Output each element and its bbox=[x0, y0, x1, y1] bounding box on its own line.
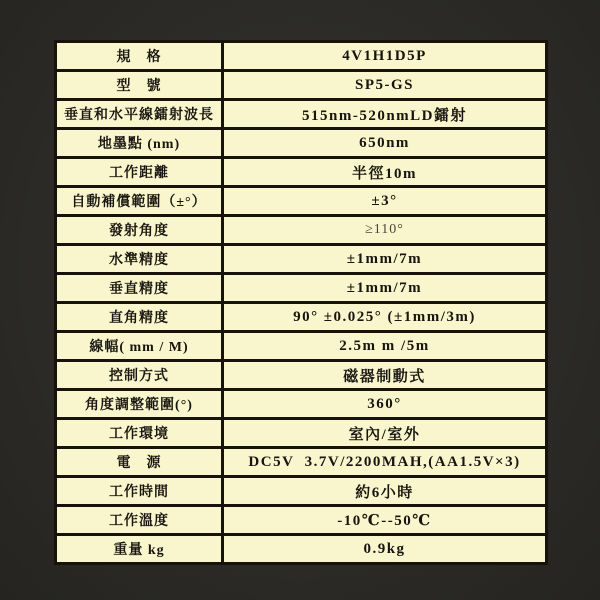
spec-label: 工作環境 bbox=[56, 419, 223, 448]
table-row: 重量 kg 0.9kg bbox=[56, 535, 547, 564]
spec-label: 發射角度 bbox=[56, 216, 223, 245]
table-row: 工作環境 室內/室外 bbox=[56, 419, 547, 448]
table-row: 線幅( mm / M) 2.5m m /5m bbox=[56, 332, 547, 361]
spec-value: 650nm bbox=[223, 129, 547, 158]
spec-label: 重量 kg bbox=[56, 535, 223, 564]
spec-label: 工作時間 bbox=[56, 477, 223, 506]
spec-label: 垂直和水平線鐳射波長 bbox=[56, 100, 223, 129]
table-row: 工作距離 半徑10m bbox=[56, 158, 547, 187]
spec-label: 型 號 bbox=[56, 71, 223, 100]
spec-label: 規 格 bbox=[56, 42, 223, 71]
spec-label: 角度調整範圍(°) bbox=[56, 390, 223, 419]
spec-value: ≥110° bbox=[223, 216, 547, 245]
spec-value: 磁器制動式 bbox=[223, 361, 547, 390]
spec-value: 室內/室外 bbox=[223, 419, 547, 448]
spec-value: ±1mm/7m bbox=[223, 245, 547, 274]
spec-value: 360° bbox=[223, 390, 547, 419]
spec-value: 90° ±0.025° (±1mm/3m) bbox=[223, 303, 547, 332]
table-row: 型 號 SP5-GS bbox=[56, 71, 547, 100]
table-row: 工作時間 約6小時 bbox=[56, 477, 547, 506]
spec-label: 工作距離 bbox=[56, 158, 223, 187]
table-row: 水準精度 ±1mm/7m bbox=[56, 245, 547, 274]
spec-label: 工作溫度 bbox=[56, 506, 223, 535]
spec-table-body: 規 格 4V1H1D5P 型 號 SP5-GS 垂直和水平線鐳射波長 515nm… bbox=[56, 42, 547, 564]
table-row: 規 格 4V1H1D5P bbox=[56, 42, 547, 71]
spec-label: 控制方式 bbox=[56, 361, 223, 390]
table-row: 垂直精度 ±1mm/7m bbox=[56, 274, 547, 303]
table-row: 直角精度 90° ±0.025° (±1mm/3m) bbox=[56, 303, 547, 332]
spec-label: 線幅( mm / M) bbox=[56, 332, 223, 361]
spec-value: SP5-GS bbox=[223, 71, 547, 100]
table-row: 自動補償範圍（±°） ±3° bbox=[56, 187, 547, 216]
spec-value: -10℃--50℃ bbox=[223, 506, 547, 535]
spec-label: 垂直精度 bbox=[56, 274, 223, 303]
spec-value: ±3° bbox=[223, 187, 547, 216]
table-row: 工作溫度 -10℃--50℃ bbox=[56, 506, 547, 535]
spec-table: 規 格 4V1H1D5P 型 號 SP5-GS 垂直和水平線鐳射波長 515nm… bbox=[54, 40, 548, 565]
spec-label: 水準精度 bbox=[56, 245, 223, 274]
table-row: 地墨點 (nm) 650nm bbox=[56, 129, 547, 158]
spec-value: 515nm-520nmLD鐳射 bbox=[223, 100, 547, 129]
table-row: 電 源 DC5V 3.7V/2200MAH,(AA1.5V×3) bbox=[56, 448, 547, 477]
spec-value: 2.5m m /5m bbox=[223, 332, 547, 361]
spec-label: 地墨點 (nm) bbox=[56, 129, 223, 158]
spec-value: 0.9kg bbox=[223, 535, 547, 564]
table-row: 垂直和水平線鐳射波長 515nm-520nmLD鐳射 bbox=[56, 100, 547, 129]
spec-value: 半徑10m bbox=[223, 158, 547, 187]
table-row: 角度調整範圍(°) 360° bbox=[56, 390, 547, 419]
spec-value: 4V1H1D5P bbox=[223, 42, 547, 71]
spec-label: 電 源 bbox=[56, 448, 223, 477]
spec-value: 約6小時 bbox=[223, 477, 547, 506]
spec-label: 自動補償範圍（±°） bbox=[56, 187, 223, 216]
spec-value: ±1mm/7m bbox=[223, 274, 547, 303]
table-row: 發射角度 ≥110° bbox=[56, 216, 547, 245]
spec-value: DC5V 3.7V/2200MAH,(AA1.5V×3) bbox=[223, 448, 547, 477]
table-row: 控制方式 磁器制動式 bbox=[56, 361, 547, 390]
spec-label: 直角精度 bbox=[56, 303, 223, 332]
